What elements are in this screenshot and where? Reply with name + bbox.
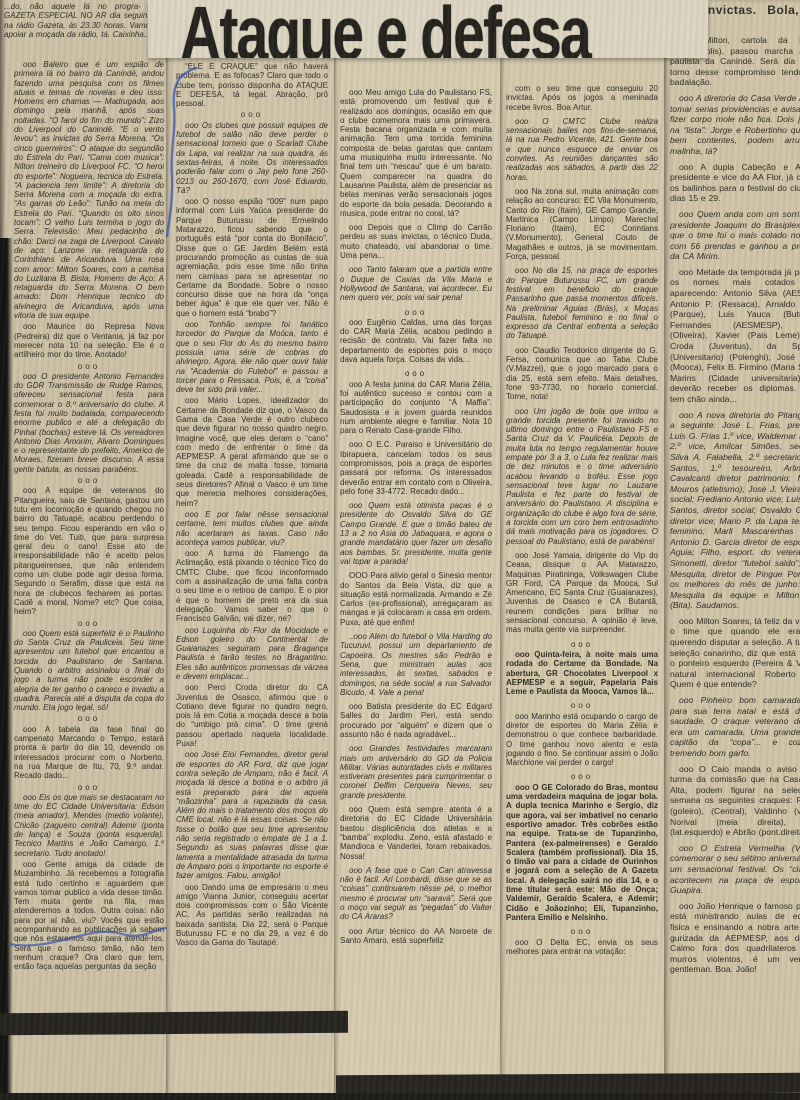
- article-paragraph: ooo João Henrique o famoso pugilista, es…: [670, 901, 800, 975]
- article-paragraph: ooo Gente amiga da cidade de Muzambinho.…: [14, 860, 164, 972]
- article-paragraph: ooo O Estrela Vermelha (Vila) vai comemo…: [670, 843, 800, 896]
- section-separator: ooo: [506, 640, 658, 649]
- article-paragraph: ooo Quem está sempre atenta é a diretori…: [340, 805, 492, 861]
- article-paragraph: com o seu time que conseguiu 20 invictas…: [506, 84, 658, 112]
- article-paragraph: ooo José Yamaia, dirigente do Vip do Cea…: [506, 551, 658, 635]
- scan-shadow-band-right: [336, 1073, 800, 1095]
- article-paragraph: ooo O GE Colorado do Bras, montou uma ve…: [506, 783, 658, 922]
- article-paragraph: ooo Depois que o Climp do Carrão perdeu …: [340, 223, 492, 260]
- article-paragraph: ooo No dia 15, na praça de esportes do P…: [506, 266, 658, 340]
- section-separator: ooo: [506, 701, 658, 710]
- scan-shadow-band-left: [0, 1011, 348, 1035]
- article-paragraph: ooo Dando uma de empresário o meu amigo …: [176, 883, 328, 948]
- article-paragraph: ooo Eis os que mais se destacaram no tim…: [14, 793, 164, 858]
- article-paragraph: ooo A turma do Flamengo da Aclimação, es…: [176, 549, 328, 623]
- news-column-4: com o seu time que conseguiu 20 invictas…: [506, 84, 658, 1074]
- scan-edge-shadow-top: [0, 0, 6, 240]
- article-paragraph: ooo O Caio manda o aviso para a turma da…: [670, 764, 800, 838]
- article-paragraph: ooo Quem está otimista pacas é o preside…: [340, 501, 492, 566]
- article-paragraph: ooo A dupla Cabeção e Adhemar presidente…: [670, 162, 800, 204]
- article-paragraph: ooo Meu amigo Lula do Paulistano FS, est…: [340, 88, 492, 218]
- section-separator: ooo: [14, 619, 164, 628]
- article-paragraph: ooo A equipe de veteranos do Pitangueira…: [14, 486, 164, 616]
- news-column-5: 12 invictas. Bola, prá frenteooo Milton,…: [670, 4, 800, 1072]
- top-left-fragment: ...do, não aquele lá no progra- A GAZETA…: [4, 2, 154, 58]
- section-separator: ooo: [14, 476, 164, 485]
- section-separator: ooo: [14, 783, 164, 792]
- article-paragraph: ooo Quem anda com um sorrisão é o presid…: [670, 209, 800, 262]
- news-column-3: ooo Meu amigo Lula do Paulistano FS, est…: [340, 88, 492, 1008]
- column-title: Ataque e defesa: [180, 2, 666, 58]
- article-paragraph: ooo Baleiro que é um espião de primeira …: [14, 60, 164, 320]
- article-paragraph: ooo E por falar nêsse sensacional certam…: [176, 510, 328, 547]
- article-paragraph: ooo Os clubes que possuir equipes de fut…: [176, 121, 328, 195]
- article-paragraph: ooo A festa junina do CAR Maria Zélia, f…: [340, 380, 492, 436]
- section-separator: ooo: [340, 308, 492, 317]
- article-paragraph: ooo Quinta-feira, à noite mais uma rodad…: [506, 650, 658, 696]
- article-paragraph: ooo Maurice do Represa Nova (Pedreira) d…: [14, 322, 164, 359]
- article-paragraph: ooo O Delta EC, envia os seus melhores p…: [506, 938, 658, 957]
- article-paragraph: ooo Um jogão de bola que irritou a grand…: [506, 407, 658, 546]
- article-paragraph: ooo José Eloi Fernandes, diretor geral d…: [176, 750, 328, 880]
- article-paragraph: ooo A nova diretoria do Pitangueira é a …: [670, 410, 800, 611]
- paper-crease: [334, 0, 337, 1100]
- article-paragraph: ooo A diretoria do Casa Verde Alta, vai …: [670, 93, 800, 157]
- article-paragraph: ooo Luquinha do Flor da Mocidade e Edson…: [176, 626, 328, 682]
- newspaper-scan: Ataque e defesa ...do, não aquele lá no …: [0, 0, 800, 1100]
- article-paragraph: ooo O CMTC Clube realiza sensacionais ba…: [506, 117, 658, 182]
- scan-shadow-band-bottom: [0, 1093, 800, 1100]
- article-paragraph: “ELE É CRAQUE” que não haverá problema. …: [176, 62, 328, 108]
- paper-crease: [664, 0, 667, 1100]
- article-paragraph: ooo O presidente Antonio Fernandes do GD…: [14, 372, 164, 474]
- article-paragraph: ooo A tabela da fase final do campenato …: [14, 725, 164, 781]
- section-separator: ooo: [14, 714, 164, 723]
- article-paragraph: ooo Na zona sul, muita animação com rela…: [506, 187, 658, 261]
- article-paragraph: ..ooo Além do futebol o Vila Harding do …: [340, 632, 492, 697]
- article-paragraph: ooo O E.C. Paraiso e Universitário do Ib…: [340, 440, 492, 496]
- news-column-1: ooo Baleiro que é um espião de primeira …: [14, 60, 164, 1008]
- article-paragraph: ooo Perci Croda diretor do CA Juventus d…: [176, 683, 328, 748]
- section-separator: ooo: [340, 369, 492, 378]
- column-masthead: Ataque e defesa: [148, 0, 708, 58]
- article-paragraph: ooo A fase que o Can Can atravessa não é…: [340, 866, 492, 922]
- article-paragraph: ooo Milton Soares, tá feliz da vida com …: [670, 616, 800, 690]
- article-paragraph: ooo Claudio Teodorico dirigente do G. Fe…: [506, 346, 658, 402]
- article-paragraph: ooo O nosso espião “009” num papo inform…: [176, 197, 328, 318]
- article-paragraph: ooo Batista presidente do EC Edgard Sall…: [340, 702, 492, 739]
- paper-crease: [500, 0, 503, 1100]
- paper-crease: [166, 0, 169, 1100]
- article-paragraph: ooo Artur técnico do AA Noroete de Santo…: [340, 927, 492, 946]
- section-separator: ooo: [176, 110, 328, 119]
- article-paragraph: ooo Tanto falaram que a partida entre o …: [340, 265, 492, 302]
- article-paragraph: ooo Mário Lopes, idealizador do Certame …: [176, 396, 328, 508]
- article-paragraph: ooo Eugênio Caldas, uma das forças do CA…: [340, 318, 492, 364]
- article-paragraph: ooo Tonhão sempre foi fanático torcedor …: [176, 320, 328, 394]
- section-separator: ooo: [14, 362, 164, 371]
- article-paragraph: ooo Grandes festividades marcaram mais u…: [340, 744, 492, 800]
- article-paragraph: ooo Pinheiro bom camarada partiu para su…: [670, 695, 800, 759]
- news-column-2: “ELE É CRAQUE” que não haverá problema. …: [176, 62, 328, 1008]
- section-separator: ooo: [506, 927, 658, 936]
- article-paragraph: ooo Marinho está ocupando o cargo de dir…: [506, 712, 658, 768]
- section-separator: ooo: [506, 772, 658, 781]
- scan-edge-shadow: [0, 238, 13, 1100]
- article-paragraph: OOO Para alivio geral o Sinesio mentor d…: [340, 571, 492, 627]
- article-paragraph: ooo Metade da temporada já passou e os n…: [670, 267, 800, 405]
- article-paragraph: ooo Quem está superfeliz é o Paulinho do…: [14, 629, 164, 713]
